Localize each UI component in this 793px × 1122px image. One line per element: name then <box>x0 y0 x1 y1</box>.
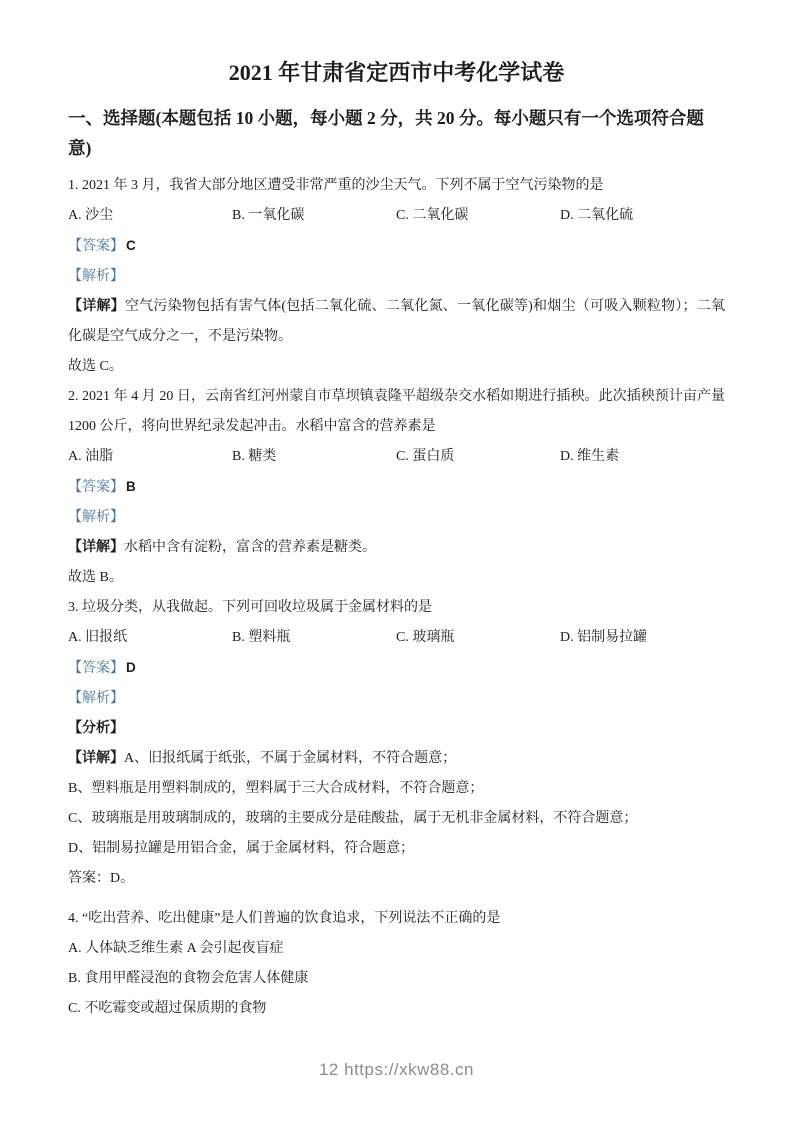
question-2-detail-line: 【详解】水稻中含有淀粉，富含的营养素是糖类。 <box>68 533 725 563</box>
detail-tag: 【详解】 <box>68 751 124 766</box>
question-3-detail-b: B、塑料瓶是用塑料制成的，塑料属于三大合成材料，不符合题意； <box>68 774 725 804</box>
answer-tag: 【答案】 <box>68 239 124 254</box>
answer-value: B <box>126 479 136 494</box>
option-c: C. 二氧化碳 <box>396 201 560 231</box>
detail-text: 空气污染物包括有害气体(包括二氧化硫、二氧化氮、一氧化碳等)和烟尘（可吸入颗粒物… <box>68 299 725 344</box>
answer-value: C <box>126 238 136 253</box>
answer-tag: 【答案】 <box>68 480 124 495</box>
question-2-options: A. 油脂 B. 糖类 C. 蛋白质 D. 维生素 <box>68 442 725 472</box>
option-d: D. 维生素 <box>560 442 725 472</box>
option-a: A. 沙尘 <box>68 201 232 231</box>
question-1-answer-line: 【答案】C <box>68 231 725 262</box>
question-1: 1. 2021 年 3 月，我省大部分地区遭受非常严重的沙尘天气。下列不属于空气… <box>68 171 725 382</box>
question-3-detail-c: C、玻璃瓶是用玻璃制成的，玻璃的主要成分是硅酸盐，属于无机非金属材料，不符合题意… <box>68 804 725 834</box>
question-3-overview-line: 【分析】 <box>68 714 725 744</box>
question-1-options: A. 沙尘 B. 一氧化碳 C. 二氧化碳 D. 二氧化硫 <box>68 201 725 231</box>
option-d: D. 二氧化硫 <box>560 201 725 231</box>
question-3: 3. 垃圾分类，从我做起。下列可回收垃圾属于金属材料的是 A. 旧报纸 B. 塑… <box>68 593 725 894</box>
question-2-answer-line: 【答案】B <box>68 472 725 503</box>
analysis-tag: 【解析】 <box>68 691 124 706</box>
question-3-options: A. 旧报纸 B. 塑料瓶 C. 玻璃瓶 D. 铝制易拉罐 <box>68 623 725 653</box>
option-a: A. 油脂 <box>68 442 232 472</box>
question-3-detail-a: 【详解】A、旧报纸属于纸张，不属于金属材料，不符合题意； <box>68 744 725 774</box>
question-4-option-b: B. 食用甲醛浸泡的食物会危害人体健康 <box>68 964 725 994</box>
detail-text: 水稻中含有淀粉，富含的营养素是糖类。 <box>124 540 376 555</box>
question-3-answer-line: 【答案】D <box>68 653 725 684</box>
footer-url: https://xkw88.cn <box>344 1060 474 1079</box>
answer-value: D <box>126 660 136 675</box>
option-a: A. 旧报纸 <box>68 623 232 653</box>
option-d: D. 铝制易拉罐 <box>560 623 725 653</box>
detail-tag: 【详解】 <box>68 540 124 555</box>
page-number: 12 <box>319 1060 339 1079</box>
document-title: 2021 年甘肃省定西市中考化学试卷 <box>68 56 725 90</box>
option-b: B. 塑料瓶 <box>232 623 396 653</box>
question-2-stem: 2. 2021 年 4 月 20 日，云南省红河州蒙自市草坝镇袁隆平超级杂交水稻… <box>68 382 725 442</box>
question-4-option-a: A. 人体缺乏维生素 A 会引起夜盲症 <box>68 934 725 964</box>
detail-tag: 【详解】 <box>68 299 125 314</box>
question-4-option-c: C. 不吃霉变或超过保质期的食物 <box>68 994 725 1024</box>
question-4: 4. “吃出营养、吃出健康”是人们普遍的饮食追求，下列说法不正确的是 A. 人体… <box>68 904 725 1024</box>
question-1-conclusion: 故选 C。 <box>68 352 725 382</box>
question-1-detail-line: 【详解】空气污染物包括有害气体(包括二氧化硫、二氧化氮、一氧化碳等)和烟尘（可吸… <box>68 292 725 352</box>
question-3-analysis-line: 【解析】 <box>68 684 725 714</box>
question-2: 2. 2021 年 4 月 20 日，云南省红河州蒙自市草坝镇袁隆平超级杂交水稻… <box>68 382 725 593</box>
question-3-conclusion: 答案：D。 <box>68 864 725 894</box>
question-1-analysis-line: 【解析】 <box>68 262 725 292</box>
question-3-detail-d: D、铝制易拉罐是用铝合金，属于金属材料，符合题意； <box>68 834 725 864</box>
question-1-stem: 1. 2021 年 3 月，我省大部分地区遭受非常严重的沙尘天气。下列不属于空气… <box>68 171 725 201</box>
analysis-tag: 【解析】 <box>68 510 124 525</box>
answer-tag: 【答案】 <box>68 661 124 676</box>
overview-tag: 【分析】 <box>68 721 124 736</box>
page-footer: 12 https://xkw88.cn <box>0 1060 793 1080</box>
document-page: 2021 年甘肃省定西市中考化学试卷 一、选择题(本题包括 10 小题，每小题 … <box>0 0 793 1024</box>
question-3-stem: 3. 垃圾分类，从我做起。下列可回收垃圾属于金属材料的是 <box>68 593 725 623</box>
section-header: 一、选择题(本题包括 10 小题，每小题 2 分，共 20 分。每小题只有一个选… <box>68 103 725 163</box>
option-b: B. 糖类 <box>232 442 396 472</box>
option-b: B. 一氧化碳 <box>232 201 396 231</box>
question-4-stem: 4. “吃出营养、吃出健康”是人们普遍的饮食追求，下列说法不正确的是 <box>68 904 725 934</box>
option-c: C. 玻璃瓶 <box>396 623 560 653</box>
question-2-conclusion: 故选 B。 <box>68 563 725 593</box>
question-2-analysis-line: 【解析】 <box>68 503 725 533</box>
detail-text: A、旧报纸属于纸张，不属于金属材料，不符合题意； <box>124 751 456 766</box>
option-c: C. 蛋白质 <box>396 442 560 472</box>
analysis-tag: 【解析】 <box>68 269 124 284</box>
